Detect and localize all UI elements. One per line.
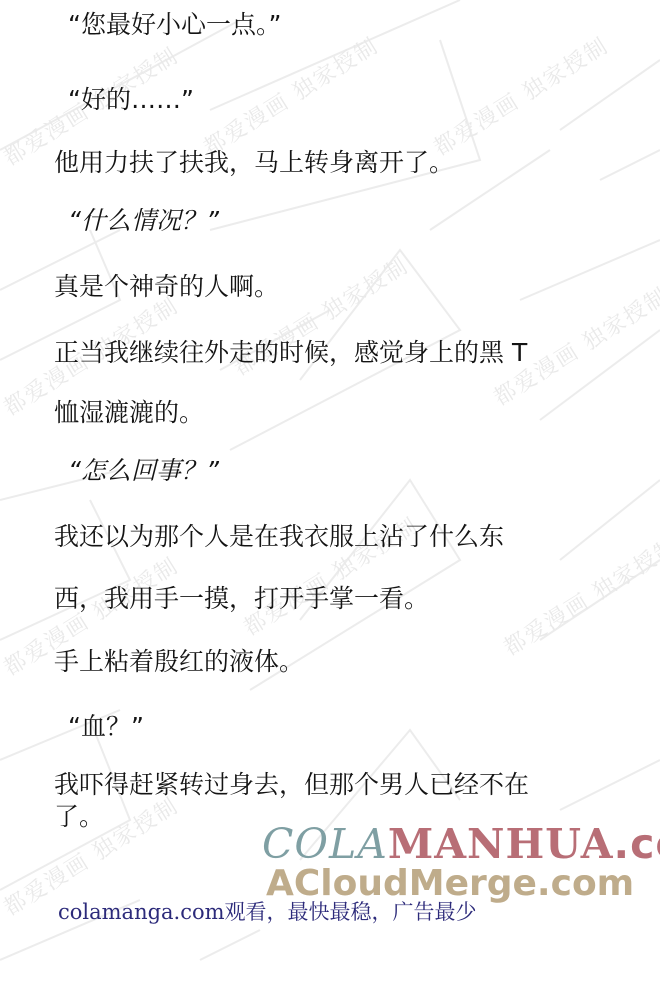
narration-line: 手上粘着殷红的液体。	[54, 647, 304, 677]
dialogue-line: “您最好小心一点。”	[68, 10, 281, 40]
narration-line: 恤湿漉漉的。	[54, 398, 204, 428]
thought-line: “怎么回事？”	[68, 456, 219, 486]
colamanhua-watermark: COLAMANHUA.com	[262, 822, 660, 866]
thought-line: “什么情况？”	[68, 206, 219, 236]
narration-line: 我还以为那个人是在我衣服上沾了什么东	[54, 522, 504, 552]
narration-line: 了。	[54, 802, 104, 832]
narration-line: 正当我继续往外走的时候，感觉身上的黑 T	[54, 338, 527, 368]
dialogue-line: “好的……”	[68, 85, 194, 115]
watermark-cola: COLA	[262, 820, 388, 868]
promo-text: colamanga.com观看，最快最稳，广告最少	[58, 897, 477, 927]
background-watermark-text: 都爱漫画 独家授制	[497, 529, 660, 662]
narration-line: 真是个神奇的人啊。	[54, 272, 279, 302]
narration-line: 他用力扶了扶我，马上转身离开了。	[54, 148, 454, 178]
background-watermark-text: 都爱漫画 独家授制	[427, 29, 614, 162]
background-watermark-text: 都爱漫画 独家授制	[197, 29, 384, 162]
watermark-dotcom: .com	[614, 820, 660, 868]
watermark-manhua: MANHUA	[388, 820, 614, 868]
narration-line: 西，我用手一摸，打开手掌一看。	[54, 584, 429, 614]
dialogue-line: “血？”	[68, 712, 144, 742]
narration-line: 我吓得赶紧转过身去，但那个男人已经不在	[54, 770, 529, 800]
